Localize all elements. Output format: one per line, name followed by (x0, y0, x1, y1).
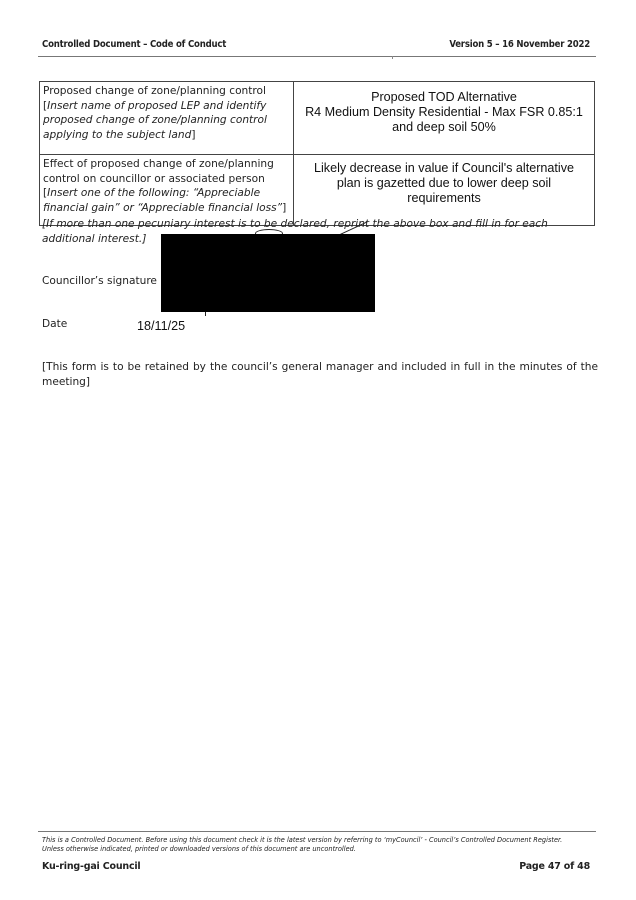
document-header-title: Controlled Document – Code of Conduct (42, 39, 226, 50)
row-instruction: Insert one of the following: “Appreciabl… (43, 187, 282, 214)
table-row: Effect of proposed change of zone/planni… (40, 155, 595, 226)
row-value-cell: Likely decrease in value if Council's al… (294, 155, 595, 226)
row-label-cell: Effect of proposed change of zone/planni… (40, 155, 294, 226)
value-line: and deep soil 50% (297, 120, 591, 135)
row-label: Effect of proposed change of zone/planni… (43, 158, 274, 185)
footer-disclaimer: This is a Controlled Document. Before us… (42, 836, 562, 854)
row-label-cell: Proposed change of zone/planning control… (40, 82, 294, 155)
row-value-cell: Proposed TOD Alternative R4 Medium Densi… (294, 82, 595, 155)
value-line: Proposed TOD Alternative (297, 90, 591, 105)
signature-label: Councillor’s signature (42, 275, 157, 287)
footer-organisation: Ku-ring-gai Council (42, 861, 141, 872)
signature-redaction (161, 234, 375, 312)
value-line: R4 Medium Density Residential - Max FSR … (297, 105, 591, 120)
value-line: plan is gazetted due to lower deep soil (297, 176, 591, 191)
date-value: 18/11/25 (137, 319, 185, 333)
date-label: Date (42, 318, 67, 330)
pecuniary-interest-table: Proposed change of zone/planning control… (39, 81, 595, 226)
header-divider (38, 56, 596, 57)
row-instruction: Insert name of proposed LEP and identify… (43, 100, 267, 141)
retain-note: [This form is to be retained by the coun… (42, 360, 598, 389)
table-row: Proposed change of zone/planning control… (40, 82, 595, 155)
value-line: requirements (297, 191, 591, 206)
header-tick (392, 56, 393, 59)
footer-divider (38, 831, 596, 832)
page-number: Page 47 of 48 (519, 861, 590, 872)
row-label: Proposed change of zone/planning control (43, 85, 266, 97)
value-line: Likely decrease in value if Council's al… (297, 161, 591, 176)
document-version: Version 5 – 16 November 2022 (449, 39, 590, 50)
